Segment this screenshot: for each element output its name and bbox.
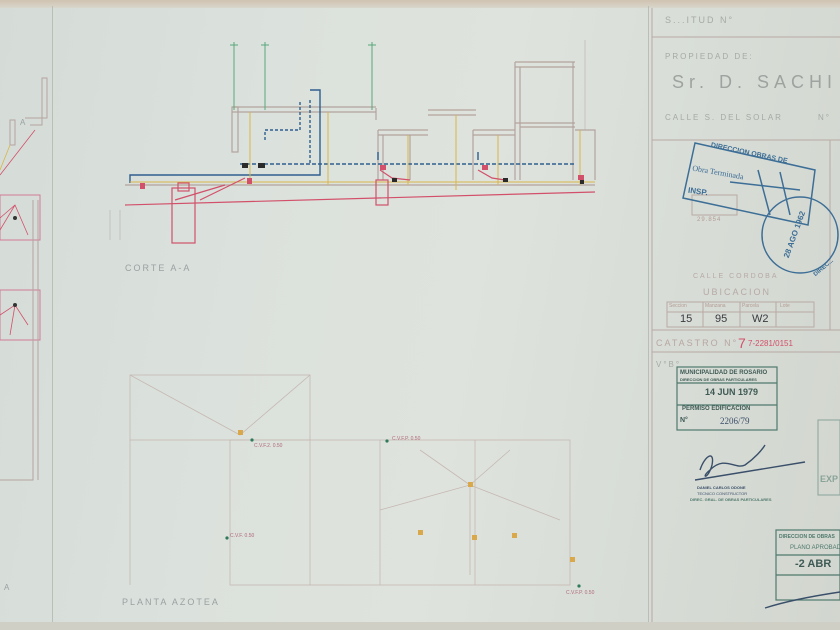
street-label: CALLE S. DEL SOLAR xyxy=(665,113,783,122)
permit-stamp-line1: MUNICIPALIDAD DE ROSARIO xyxy=(680,370,767,376)
location-value: W2 xyxy=(752,313,769,325)
blueprint-sheet: 7 CORTE A-A PLANTA AZOTEA C.V.F.2 xyxy=(0,0,840,630)
roof-point-label: C.V.F.P. 0.50 xyxy=(566,590,594,596)
permit-stamp-line2: DIRECCION DE OBRAS PARTICULARES xyxy=(680,377,757,382)
permit-stamp-date: 14 JUN 1979 xyxy=(705,387,758,397)
location-header: Parcela xyxy=(742,303,759,309)
drawing-linework: 7 xyxy=(0,0,840,630)
approved-stamp-line1: DIRECCION DE OBRAS xyxy=(779,534,835,540)
location-label: UBICACION xyxy=(703,287,771,297)
location-value: 95 xyxy=(715,313,727,325)
section-mark: A xyxy=(20,118,27,127)
roof-point-label: C.V.F. 0.50 xyxy=(230,533,254,539)
paper-bottom-edge xyxy=(0,622,840,630)
catastro-value: 7-2281/0151 xyxy=(748,339,793,348)
signature-dept: DIREC. GRAL. DE OBRAS PARTICULARES xyxy=(690,497,771,502)
signature-name: DANIEL CARLOS ODONE xyxy=(697,485,746,490)
title-header: S...ITUD N° xyxy=(665,15,734,25)
vb-label: V°B° xyxy=(656,360,681,369)
permit-number-value: 2206/79 xyxy=(720,416,750,426)
approved-stamp-date: -2 ABR xyxy=(795,558,831,570)
approved-stamp-line2: PLANO APROBADO xyxy=(790,545,840,551)
location-header: Manzana xyxy=(705,303,726,309)
catastro-label: CATASTRO N° xyxy=(656,338,738,348)
permit-stamp-line3: PERMISO EDIFICACION xyxy=(682,406,750,412)
number-label: N° xyxy=(818,113,831,122)
roof-plan-label: PLANTA AZOTEA xyxy=(122,597,220,607)
location-header: Lote xyxy=(780,303,790,309)
side-stamp-partial: EXP xyxy=(820,474,838,484)
roof-point-label: C.V.F.P. 0.50 xyxy=(392,436,420,442)
owner-name: Sr. D. SACHI xyxy=(672,72,837,93)
roof-point-label: C.V.F.2. 0.50 xyxy=(254,443,282,449)
owner-label: PROPIEDAD DE: xyxy=(665,52,754,61)
location-header: Seccion xyxy=(669,303,687,309)
location-value: 15 xyxy=(680,313,692,325)
section-mark: A xyxy=(4,583,11,592)
cross-street: CALLE CORDOBA xyxy=(693,273,779,280)
svg-text:7: 7 xyxy=(738,335,746,351)
section-label: CORTE A-A xyxy=(125,263,191,273)
dimension-label: 29.854 xyxy=(697,217,721,223)
signature-role: TECNICO CONSTRUCTOR xyxy=(697,491,747,496)
permit-number-label: N° xyxy=(680,417,688,424)
